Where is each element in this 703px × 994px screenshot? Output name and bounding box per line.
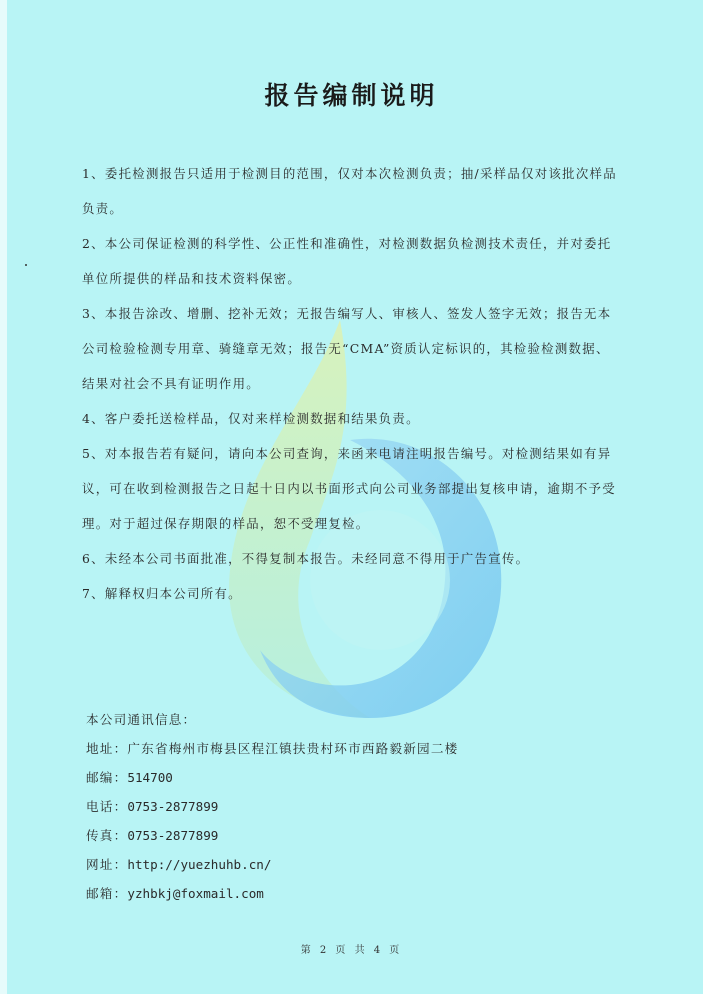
clause-3-line-2: 公司检验检测专用章、骑缝章无效；报告无“CMA”资质认定标识的，其检验检测数据、 bbox=[82, 331, 622, 366]
clause-3-line-3: 结果对社会不具有证明作用。 bbox=[82, 366, 622, 401]
clause-list: 1、委托检测报告只适用于检测目的范围，仅对本次检测负责；抽/采样品仅对该批次样品… bbox=[82, 156, 622, 611]
contact-postcode: 邮编：514700 bbox=[86, 763, 458, 792]
email-link[interactable]: yzhbkj@foxmail.com bbox=[127, 886, 263, 901]
clause-5-line-1: 5、对本报告若有疑问，请向本公司查询，来函来电请注明报告编号。对检测结果如有异 bbox=[82, 436, 622, 471]
postcode-label: 邮编： bbox=[86, 770, 127, 785]
email-label: 邮箱： bbox=[86, 886, 127, 901]
page-number: 第 2 页 共 4 页 bbox=[0, 941, 703, 956]
contact-address: 地址：广东省梅州市梅县区程江镇扶贵村环市西路毅新园二楼 bbox=[86, 734, 458, 763]
clause-1-line-2: 负责。 bbox=[82, 191, 622, 226]
contact-website: 网址：http://yuezhuhb.cn/ bbox=[86, 850, 458, 879]
clause-5-line-2: 议，可在收到检测报告之日起十日内以书面形式向公司业务部提出复核申请，逾期不予受 bbox=[82, 471, 622, 506]
clause-4-line-1: 4、客户委托送检样品，仅对来样检测数据和结果负责。 bbox=[82, 401, 622, 436]
website-label: 网址： bbox=[86, 857, 127, 872]
clause-3-line-1: 3、本报告涂改、增删、挖补无效；无报告编写人、审核人、签发人签字无效；报告无本 bbox=[82, 296, 622, 331]
contact-email: 邮箱：yzhbkj@foxmail.com bbox=[86, 879, 458, 908]
clause-2-line-2: 单位所提供的样品和技术资料保密。 bbox=[82, 261, 622, 296]
address-label: 地址： bbox=[86, 741, 127, 756]
contact-info: 本公司通讯信息： 地址：广东省梅州市梅县区程江镇扶贵村环市西路毅新园二楼 邮编：… bbox=[86, 705, 458, 908]
clause-6-line-1: 6、未经本公司书面批准，不得复制本报告。未经同意不得用于广告宣传。 bbox=[82, 541, 622, 576]
scan-speck bbox=[25, 264, 27, 266]
clause-2-line-1: 2、本公司保证检测的科学性、公正性和准确性，对检测数据负检测技术责任，并对委托 bbox=[82, 226, 622, 261]
phone-value: 0753-2877899 bbox=[127, 799, 218, 814]
clause-5-line-3: 理。对于超过保存期限的样品，恕不受理复检。 bbox=[82, 506, 622, 541]
postcode-value: 514700 bbox=[127, 770, 173, 785]
address-value: 广东省梅州市梅县区程江镇扶贵村环市西路毅新园二楼 bbox=[127, 741, 458, 756]
contact-heading: 本公司通讯信息： bbox=[86, 705, 458, 734]
clause-1-line-1: 1、委托检测报告只适用于检测目的范围，仅对本次检测负责；抽/采样品仅对该批次样品 bbox=[82, 156, 622, 191]
fax-label: 传真： bbox=[86, 828, 127, 843]
page-title: 报告编制说明 bbox=[0, 76, 703, 112]
contact-phone: 电话：0753-2877899 bbox=[86, 792, 458, 821]
page-left-edge bbox=[0, 0, 7, 994]
contact-fax: 传真：0753-2877899 bbox=[86, 821, 458, 850]
phone-label: 电话： bbox=[86, 799, 127, 814]
clause-7-line-1: 7、解释权归本公司所有。 bbox=[82, 576, 622, 611]
website-link[interactable]: http://yuezhuhb.cn/ bbox=[127, 857, 271, 872]
fax-value: 0753-2877899 bbox=[127, 828, 218, 843]
